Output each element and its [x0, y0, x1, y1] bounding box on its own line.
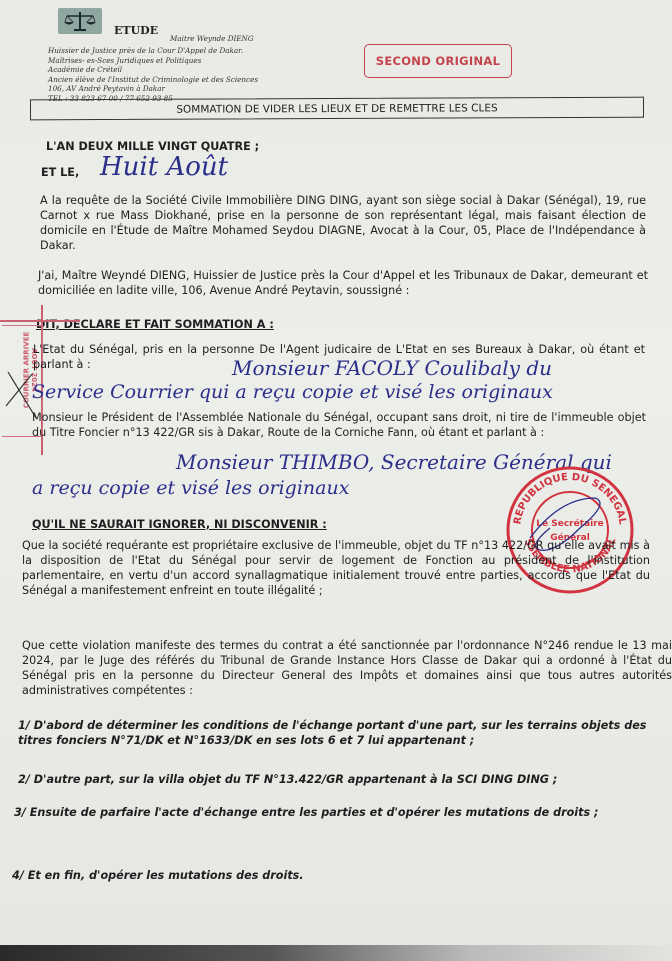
date-label: ET LE,: [41, 165, 79, 180]
handwritten-date: Huit Août: [100, 152, 228, 182]
stamp-border-line: [0, 320, 80, 322]
letterhead: Maitre Weynde DIENG Huissier de Justice …: [48, 38, 258, 104]
letterhead-line: 106, AV André Peytavin à Dakar: [48, 84, 258, 94]
seal-top-text: REPUBLIQUE DU SENEGAL: [512, 472, 628, 526]
handwritten-recipient-1-note: Service Courrier qui a reçu copie et vis…: [32, 381, 553, 403]
letterhead-line: Ancien élève de l'Institut de Criminolog…: [48, 75, 258, 85]
letterhead-line: Maîtrises- es-Sces Juridiques et Politiq…: [48, 56, 258, 66]
owner-paragraph: Que la société requérante est propriétai…: [22, 538, 650, 598]
svg-text:REPUBLIQUE DU SENEGAL: REPUBLIQUE DU SENEGAL: [512, 472, 628, 526]
violation-paragraph: Que cette violation manifeste des termes…: [22, 638, 672, 698]
second-original-stamp: SECOND ORIGINAL: [364, 44, 512, 78]
list-item: 4/ Et en fin, d'opérer les mutations des…: [12, 868, 652, 883]
letterhead-line: Huissier de Justice près de la Cour D'Ap…: [48, 46, 258, 56]
list-item: 2/ D'autre part, sur la villa objet du T…: [18, 772, 672, 787]
handwritten-recipient-2-note: a reçu copie et visé les originaux: [32, 477, 349, 499]
document-page: ETUDE Maitre Weynde DIENG Huissier de Ju…: [0, 0, 672, 945]
list-item: 1/ D'abord de déterminer les conditions …: [18, 718, 672, 748]
list-item: 3/ Ensuite de parfaire l'acte d'échange …: [14, 805, 672, 820]
etude-label: ETUDE: [114, 24, 158, 37]
page-bottom-shadow: [0, 945, 672, 961]
ignore-heading: QU'IL NE SAURAIT IGNORER, NI DISCONVENIR…: [32, 517, 327, 532]
letterhead-line: Académie de Créteil: [48, 65, 258, 75]
document-title: SOMMATION DE VIDER LES LIEUX ET DE REMET…: [30, 97, 644, 121]
handwritten-recipient-1: Monsieur FACOLY Coulibaly du: [232, 356, 552, 380]
party-assembly-paragraph: Monsieur le Président de l'Assemblée Nat…: [32, 410, 646, 440]
master-name: Maitre Weynde DIENG: [170, 34, 254, 44]
request-paragraph: A la requête de la Société Civile Immobi…: [40, 193, 646, 253]
bailiff-paragraph: J'ai, Maître Weyndé DIENG, Huissier de J…: [38, 268, 648, 298]
scales-of-justice-icon: [58, 8, 102, 34]
